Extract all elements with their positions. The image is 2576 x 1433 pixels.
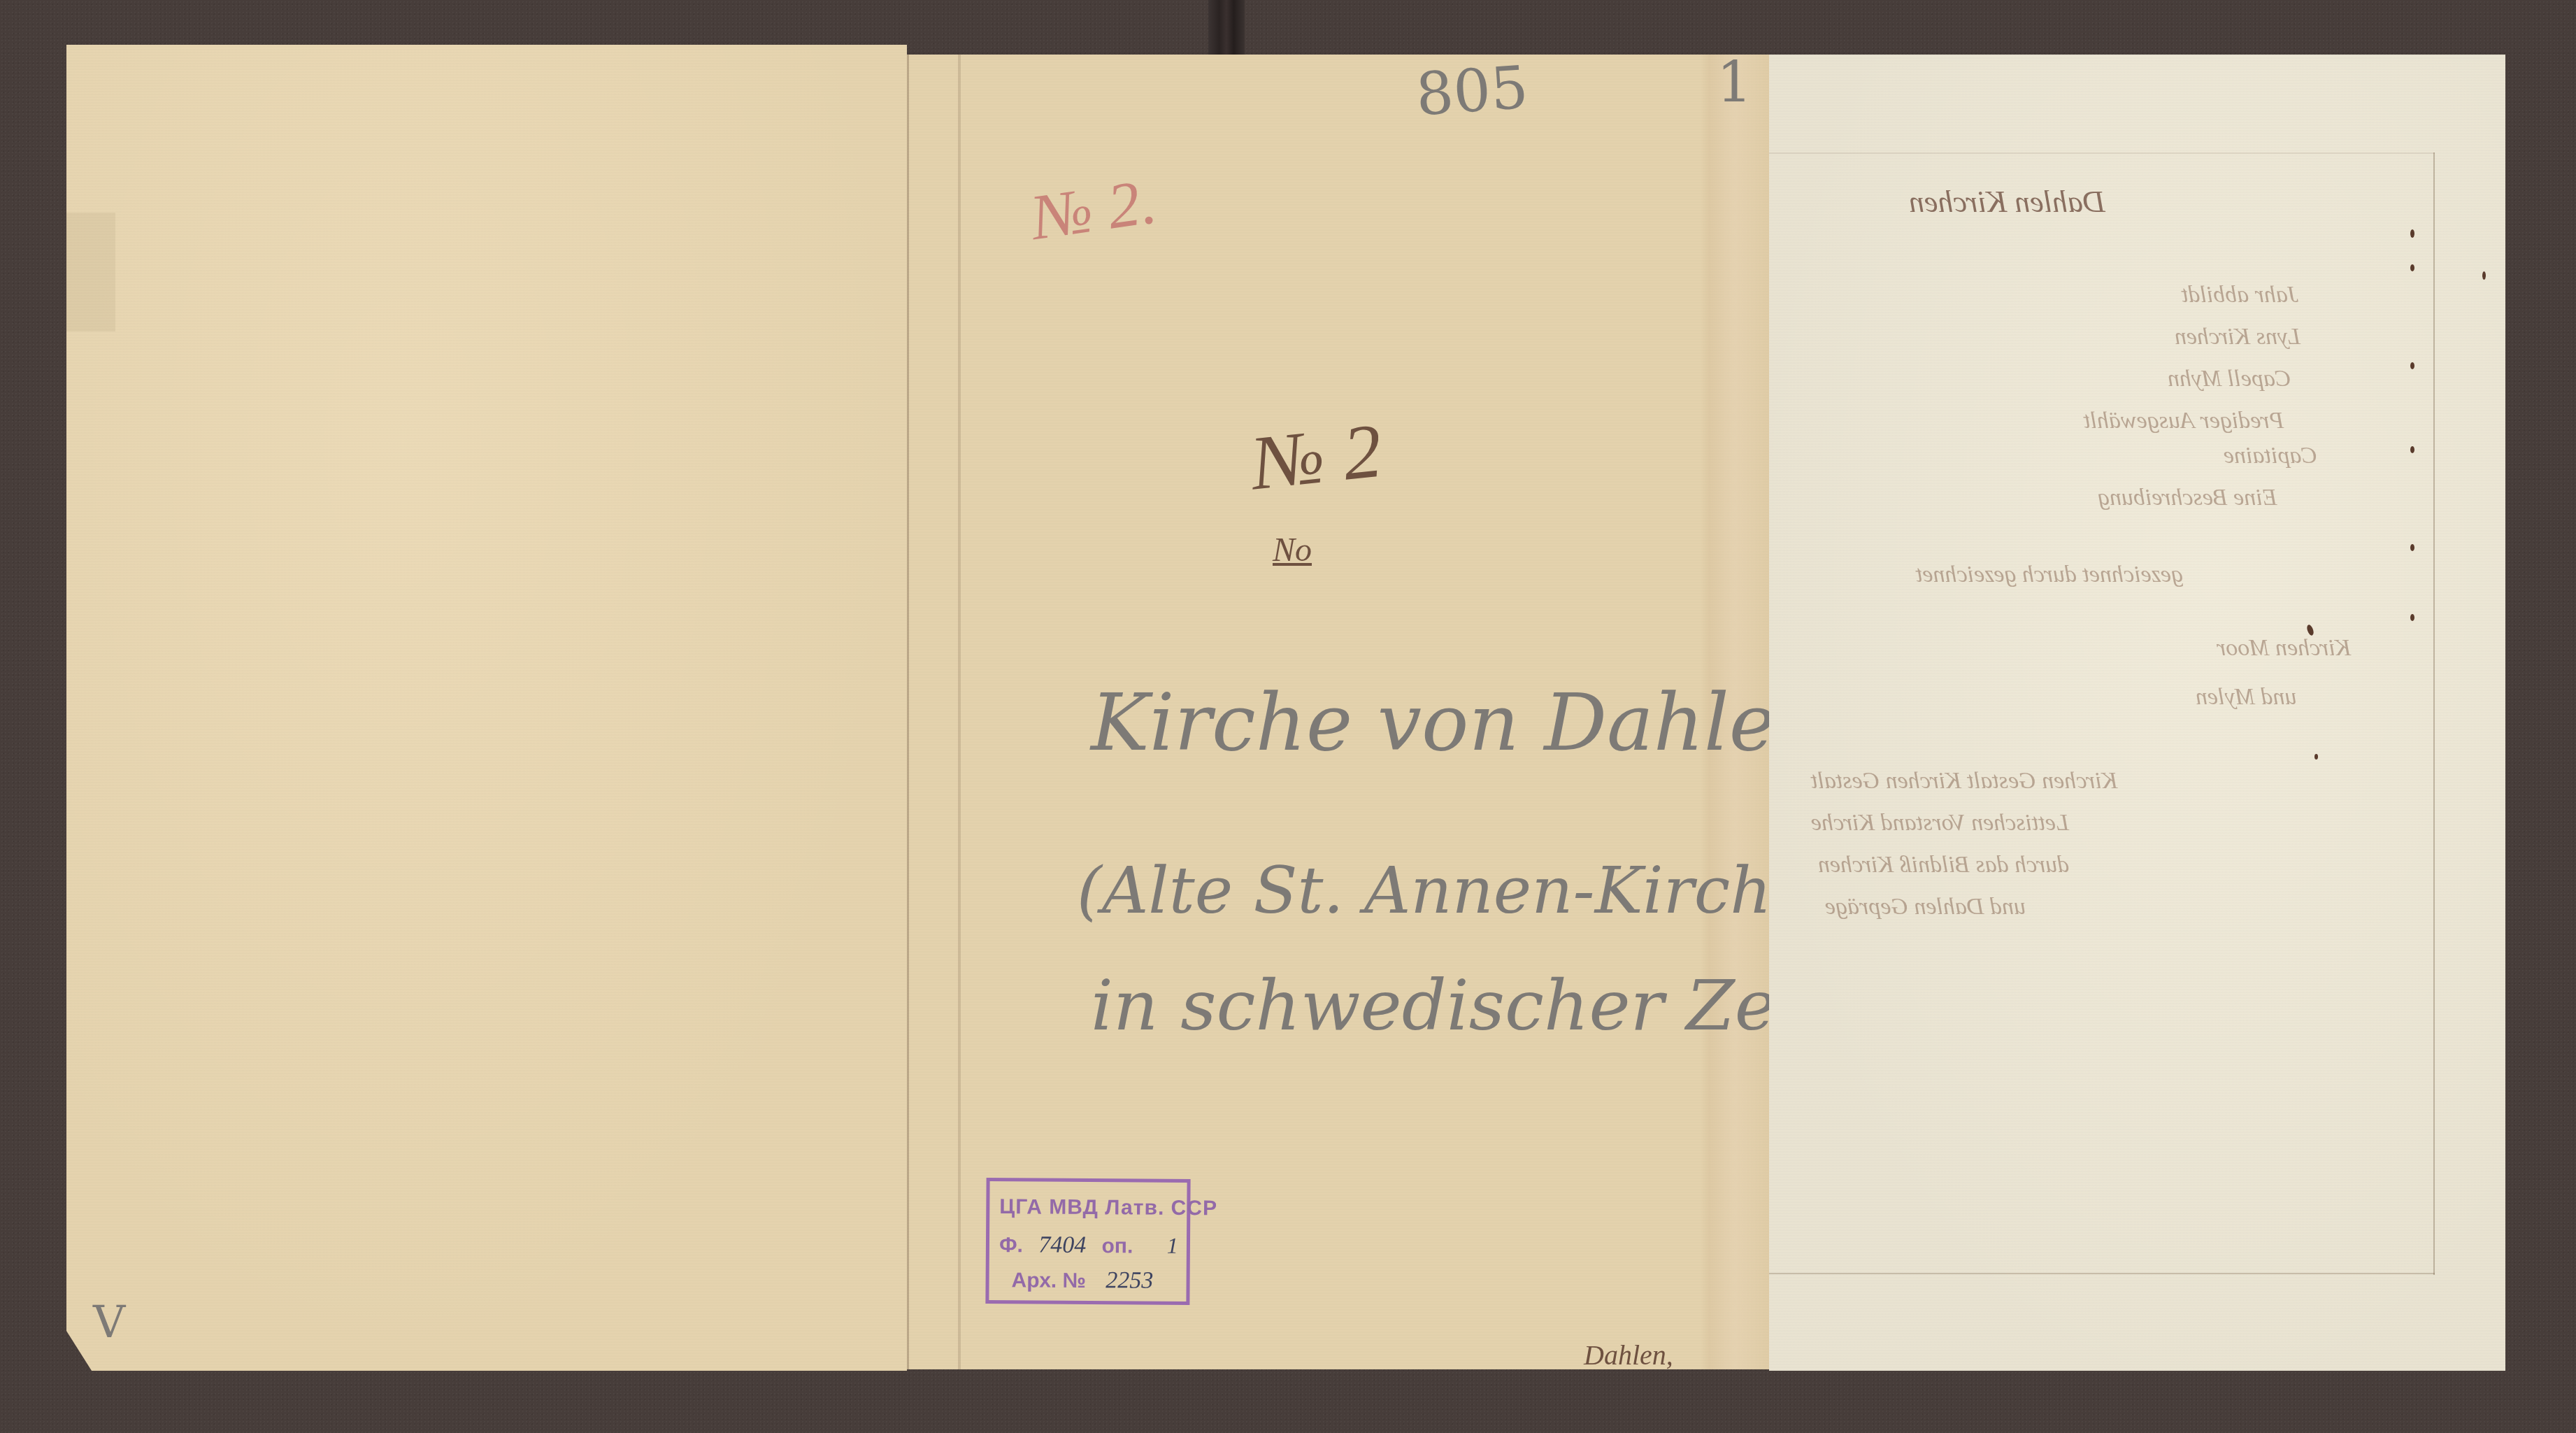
folio-number: 805 [1414, 58, 1530, 124]
red-file-number: № 2. [1027, 169, 1160, 250]
frame-rule-right [2433, 152, 2435, 1275]
tape-residue [66, 213, 115, 331]
fold-crease [958, 55, 961, 1369]
ink-dot [2410, 614, 2414, 621]
stamp-arch-value: 2253 [1105, 1267, 1153, 1293]
stamp-fond-value: 7404 [1038, 1232, 1086, 1258]
stamp-arch-line: Арх. № 2253 [999, 1267, 1153, 1295]
ink-dot [2410, 362, 2414, 369]
title-line-2: (Alte St. Annen-Kirche) [1077, 859, 1835, 923]
bleed-line: und Dahlen Gepräge [1825, 894, 2026, 920]
bleed-line: Prediger Ausgewählt [2084, 408, 2284, 434]
ink-dot [2314, 754, 2318, 760]
bleed-line: Jahr abbildt [2182, 282, 2298, 308]
stamp-fond-line: Ф. 7404 оп. 1 [999, 1232, 1178, 1260]
stamp-fond-label: Ф. [999, 1234, 1023, 1257]
stamp-opis-label: оп. [1101, 1234, 1133, 1257]
stamp-arch-label: Арх. № [1011, 1269, 1086, 1292]
bleed-line: Capitaine [2224, 443, 2317, 469]
ink-dot [2410, 544, 2414, 551]
frame-rule-bottom [1769, 1273, 2435, 1274]
ink-file-number: № 2 [1248, 412, 1386, 502]
title-line-1: Kirche von Dahlen [1091, 684, 1826, 762]
ink-dot [2410, 264, 2414, 271]
title-line-3: in schwedischer Zeit. [1091, 971, 1849, 1041]
ink-dot [2410, 446, 2414, 453]
signature-dahlen: Dahlen, [1584, 1341, 1673, 1369]
right-page: Dahlen Kirchen Jahr abbildt Lyns Kirchen… [1769, 55, 2505, 1371]
binding-shadow [1208, 0, 1245, 56]
stamp-opis-value: 1 [1167, 1233, 1178, 1258]
ink-dot [2482, 271, 2486, 280]
left-page: V [66, 45, 907, 1371]
bleed-line: Capell Myhn [2168, 366, 2291, 392]
ink-flourish: No [1273, 534, 1312, 567]
ink-dot [2410, 229, 2414, 238]
bleed-through-heading: Dahlen Kirchen [1909, 184, 2105, 220]
bleed-line: durch das Bildniß Kirchen [1818, 852, 2069, 878]
center-page: № 2. 805 1 № 2 No Kirche von Dahlen (Alt… [907, 55, 1769, 1369]
frame-rule-top [1769, 152, 2435, 154]
sheet-number: 1 [1717, 55, 1752, 110]
bleed-line: Lyns Kirchen [2175, 324, 2300, 350]
bleed-line: Lettischen Vorstand Kirche [1811, 810, 2069, 836]
stamp-archive-name: ЦГА МВД Латв. ССР [999, 1195, 1217, 1220]
bleed-line: Eine Beschreibung [2098, 485, 2277, 511]
bleed-line: und Mylen [2196, 684, 2296, 711]
bleed-line: gezeichnet durch gezeichnet [1916, 562, 2183, 588]
bleed-line: Kirchen Gestalt Kirchen Gestalt [1811, 768, 2117, 794]
archive-stamp: ЦГА МВД Латв. ССР Ф. 7404 оп. 1 Арх. № 2… [985, 1178, 1190, 1305]
bleed-line: Kirchen Moor [2217, 635, 2351, 662]
corner-pencil-mark: V [93, 1300, 125, 1345]
